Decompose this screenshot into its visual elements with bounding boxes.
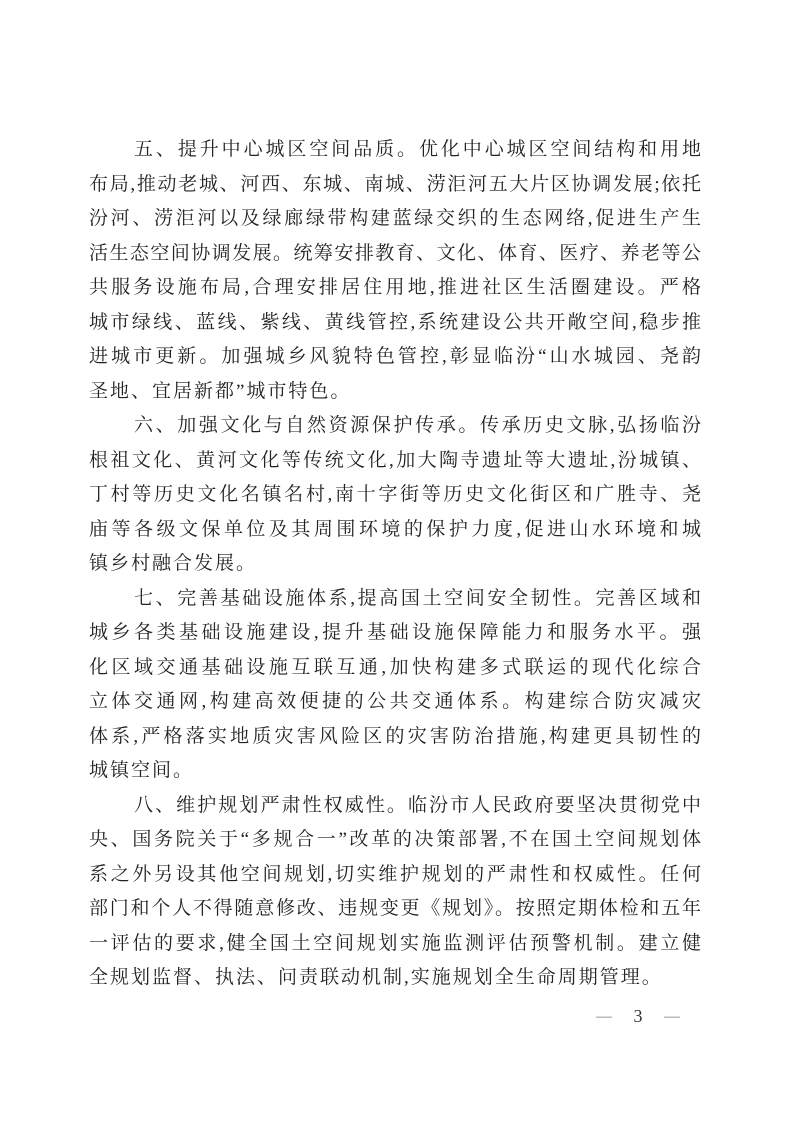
text-line: 布局,推动老城、河西、东城、南城、涝洰河五大片区协调发展;依托 bbox=[89, 168, 701, 203]
paragraph: 七、完善基础设施体系,提高国土空间安全韧性。完善区域和城乡各类基础设施建设,提升… bbox=[89, 582, 701, 789]
text-line: 部门和个人不得随意修改、违规变更《规划》。按照定期体检和五年 bbox=[89, 892, 701, 927]
text-line: 全规划监督、执法、问责联动机制,实施规划全生命周期管理。 bbox=[89, 961, 701, 996]
text-line: 城乡各类基础设施建设,提升基础设施保障能力和服务水平。强 bbox=[89, 616, 701, 651]
text-line: 根祖文化、黄河文化等传统文化,加大陶寺遗址等大遗址,汾城镇、 bbox=[89, 444, 701, 479]
paragraph: 五、提升中心城区空间品质。优化中心城区空间结构和用地布局,推动老城、河西、东城、… bbox=[89, 133, 701, 409]
text-line: 共服务设施布局,合理安排居住用地,推进社区生活圈建设。严格 bbox=[89, 271, 701, 306]
text-line: 央、国务院关于“多规合一”改革的决策部署,不在国土空间规划体 bbox=[89, 823, 701, 858]
text-line: 镇乡村融合发展。 bbox=[89, 547, 701, 582]
page-number: 3 bbox=[634, 1006, 643, 1027]
paragraph: 六、加强文化与自然资源保护传承。传承历史文脉,弘扬临汾根祖文化、黄河文化等传统文… bbox=[89, 409, 701, 582]
text-line: 汾河、涝洰河以及绿廊绿带构建蓝绿交织的生态网络,促进生产生 bbox=[89, 202, 701, 237]
text-line: 圣地、宜居新都”城市特色。 bbox=[89, 375, 701, 410]
text-line: 立体交通网,构建高效便捷的公共交通体系。构建综合防灾减灾 bbox=[89, 685, 701, 720]
page-footer: — 3 — bbox=[596, 1006, 680, 1027]
text-line: 七、完善基础设施体系,提高国土空间安全韧性。完善区域和 bbox=[89, 582, 701, 617]
text-line: 活生态空间协调发展。统筹安排教育、文化、体育、医疗、养老等公 bbox=[89, 237, 701, 272]
document-body: 五、提升中心城区空间品质。优化中心城区空间结构和用地布局,推动老城、河西、东城、… bbox=[89, 133, 701, 996]
text-line: 城市绿线、蓝线、紫线、黄线管控,系统建设公共开敞空间,稳步推 bbox=[89, 306, 701, 341]
text-line: 化区域交通基础设施互联互通,加快构建多式联运的现代化综合 bbox=[89, 651, 701, 686]
text-line: 丁村等历史文化名镇名村,南十字街等历史文化街区和广胜寺、尧 bbox=[89, 478, 701, 513]
text-line: 体系,严格落实地质灾害风险区的灾害防治措施,构建更具韧性的 bbox=[89, 720, 701, 755]
document-page: 五、提升中心城区空间品质。优化中心城区空间结构和用地布局,推动老城、河西、东城、… bbox=[0, 0, 800, 1132]
paragraph: 八、维护规划严肃性权威性。临汾市人民政府要坚决贯彻党中央、国务院关于“多规合一”… bbox=[89, 789, 701, 996]
text-line: 八、维护规划严肃性权威性。临汾市人民政府要坚决贯彻党中 bbox=[89, 789, 701, 824]
text-line: 庙等各级文保单位及其周围环境的保护力度,促进山水环境和城 bbox=[89, 513, 701, 548]
text-line: 六、加强文化与自然资源保护传承。传承历史文脉,弘扬临汾 bbox=[89, 409, 701, 444]
text-line: 城镇空间。 bbox=[89, 754, 701, 789]
text-line: 进城市更新。加强城乡风貌特色管控,彰显临汾“山水城园、尧韵 bbox=[89, 340, 701, 375]
footer-dash-right: — bbox=[664, 1009, 680, 1025]
text-line: 五、提升中心城区空间品质。优化中心城区空间结构和用地 bbox=[89, 133, 701, 168]
text-line: 系之外另设其他空间规划,切实维护规划的严肃性和权威性。任何 bbox=[89, 858, 701, 893]
text-line: 一评估的要求,健全国土空间规划实施监测评估预警机制。建立健 bbox=[89, 927, 701, 962]
footer-dash-left: — bbox=[596, 1009, 612, 1025]
